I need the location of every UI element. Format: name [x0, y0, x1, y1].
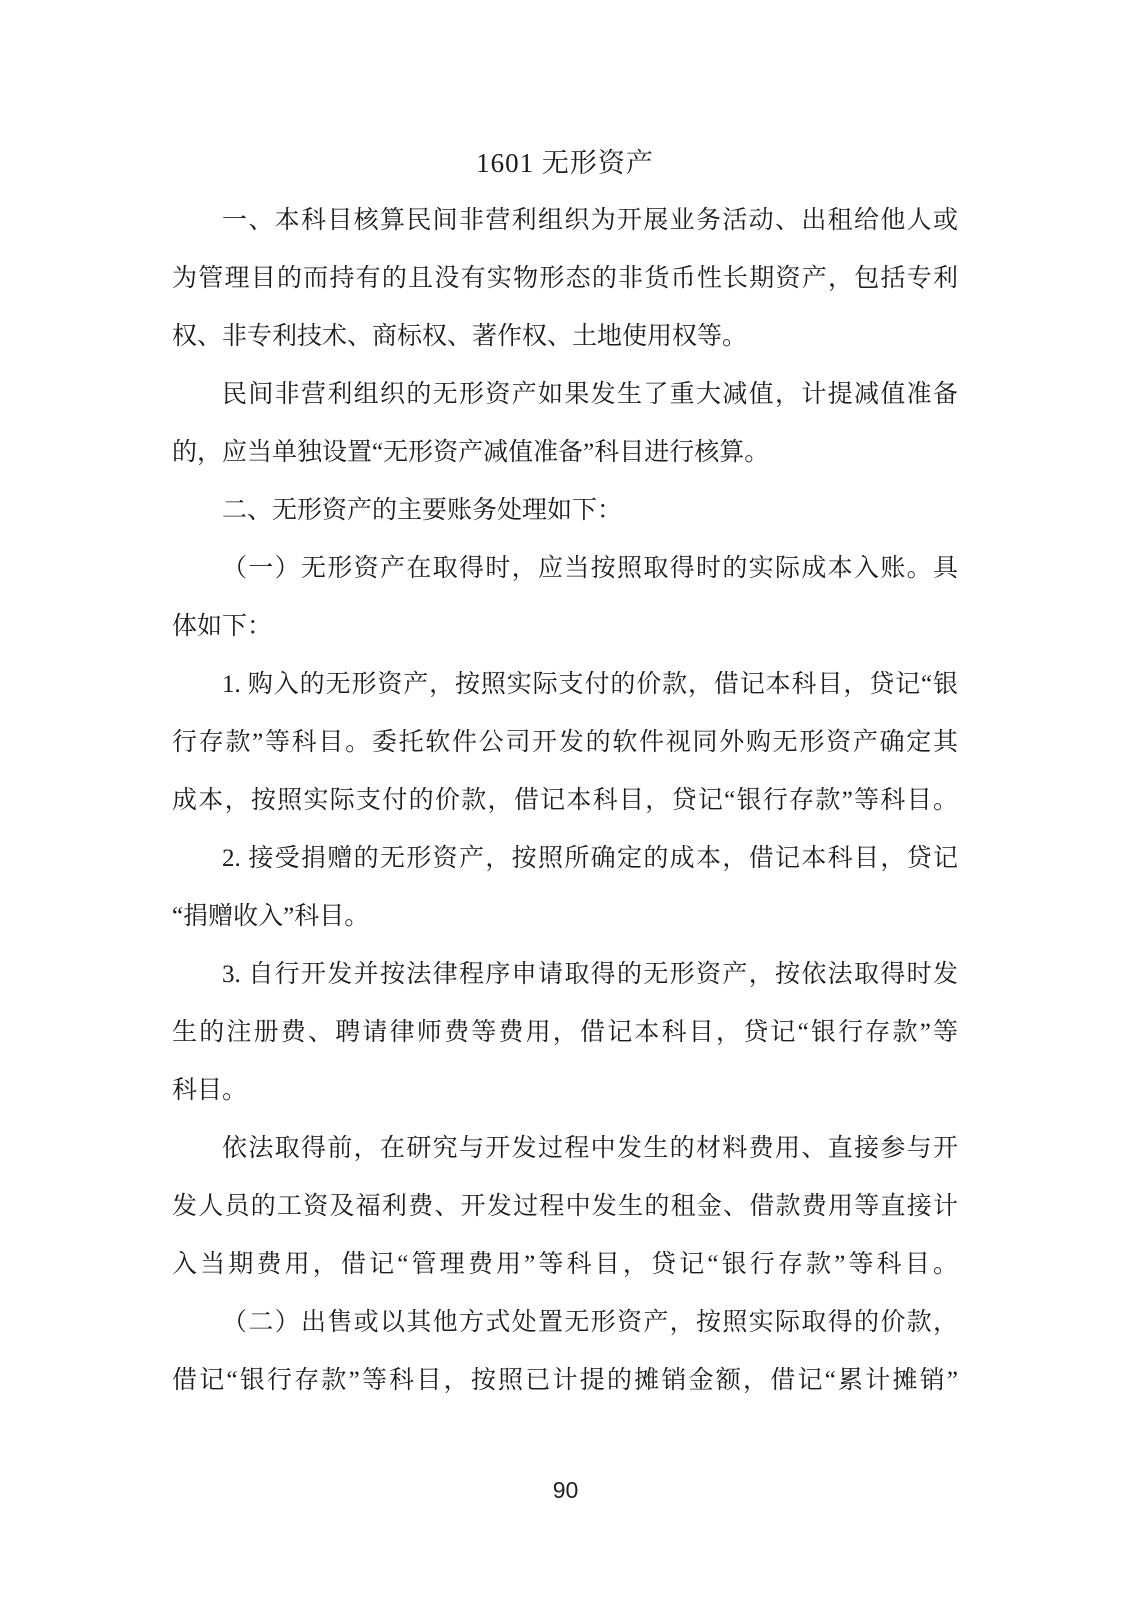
- text-line: （一）无形资产在取得时，应当按照取得时的实际成本入账。具: [172, 540, 958, 598]
- paragraph: 依法取得前，在研究与开发过程中发生的材料费用、直接参与开发人员的工资及福利费、开…: [172, 1120, 958, 1294]
- text-line: （二）出售或以其他方式处置无形资产，按照实际取得的价款，: [172, 1294, 958, 1352]
- text-line: 民间非营利组织的无形资产如果发生了重大减值，计提减值准备: [172, 366, 958, 424]
- text-line: 二、无形资产的主要账务处理如下：: [172, 482, 958, 540]
- paragraph: 1. 购入的无形资产，按照实际支付的价款，借记本科目，贷记“银行存款”等科目。委…: [172, 656, 958, 830]
- document-content: 1601 无形资产 一、本科目核算民间非营利组织为开展业务活动、出租给他人或为管…: [172, 134, 958, 1410]
- text-line: 依法取得前，在研究与开发过程中发生的材料费用、直接参与开: [172, 1120, 958, 1178]
- document-title: 1601 无形资产: [172, 134, 958, 192]
- paragraph: 2. 接受捐赠的无形资产，按照所确定的成本，借记本科目，贷记“捐赠收入”科目。: [172, 830, 958, 946]
- paragraph: （一）无形资产在取得时，应当按照取得时的实际成本入账。具体如下：: [172, 540, 958, 656]
- paragraph: （二）出售或以其他方式处置无形资产，按照实际取得的价款，借记“银行存款”等科目，…: [172, 1294, 958, 1410]
- text-line: 一、本科目核算民间非营利组织为开展业务活动、出租给他人或: [172, 192, 958, 250]
- text-line: 科目。: [172, 1062, 958, 1120]
- text-line: 为管理目的而持有的且没有实物形态的非货币性长期资产，包括专利: [172, 250, 958, 308]
- text-line: 权、非专利技术、商标权、著作权、土地使用权等。: [172, 308, 958, 366]
- text-line: 1. 购入的无形资产，按照实际支付的价款，借记本科目，贷记“银: [172, 656, 958, 714]
- text-line: 的，应当单独设置“无形资产减值准备”科目进行核算。: [172, 424, 958, 482]
- paragraph: 一、本科目核算民间非营利组织为开展业务活动、出租给他人或为管理目的而持有的且没有…: [172, 192, 958, 366]
- text-line: 借记“银行存款”等科目，按照已计提的摊销金额，借记“累计摊销”: [172, 1352, 958, 1410]
- text-line: 2. 接受捐赠的无形资产，按照所确定的成本，借记本科目，贷记: [172, 830, 958, 888]
- text-line: “捐赠收入”科目。: [172, 888, 958, 946]
- text-line: 3. 自行开发并按法律程序申请取得的无形资产，按依法取得时发: [172, 946, 958, 1004]
- text-line: 发人员的工资及福利费、开发过程中发生的租金、借款费用等直接计: [172, 1178, 958, 1236]
- paragraph: 二、无形资产的主要账务处理如下：: [172, 482, 958, 540]
- document-body: 一、本科目核算民间非营利组织为开展业务活动、出租给他人或为管理目的而持有的且没有…: [172, 192, 958, 1410]
- page-number: 90: [0, 1476, 1131, 1504]
- text-line: 行存款”等科目。委托软件公司开发的软件视同外购无形资产确定其: [172, 714, 958, 772]
- text-line: 体如下：: [172, 598, 958, 656]
- text-line: 入当期费用，借记“管理费用”等科目，贷记“银行存款”等科目。: [172, 1236, 958, 1294]
- paragraph: 民间非营利组织的无形资产如果发生了重大减值，计提减值准备的，应当单独设置“无形资…: [172, 366, 958, 482]
- document-page: 1601 无形资产 一、本科目核算民间非营利组织为开展业务活动、出租给他人或为管…: [0, 0, 1131, 1600]
- text-line: 生的注册费、聘请律师费等费用，借记本科目，贷记“银行存款”等: [172, 1004, 958, 1062]
- paragraph: 3. 自行开发并按法律程序申请取得的无形资产，按依法取得时发生的注册费、聘请律师…: [172, 946, 958, 1120]
- text-line: 成本，按照实际支付的价款，借记本科目，贷记“银行存款”等科目。: [172, 772, 958, 830]
